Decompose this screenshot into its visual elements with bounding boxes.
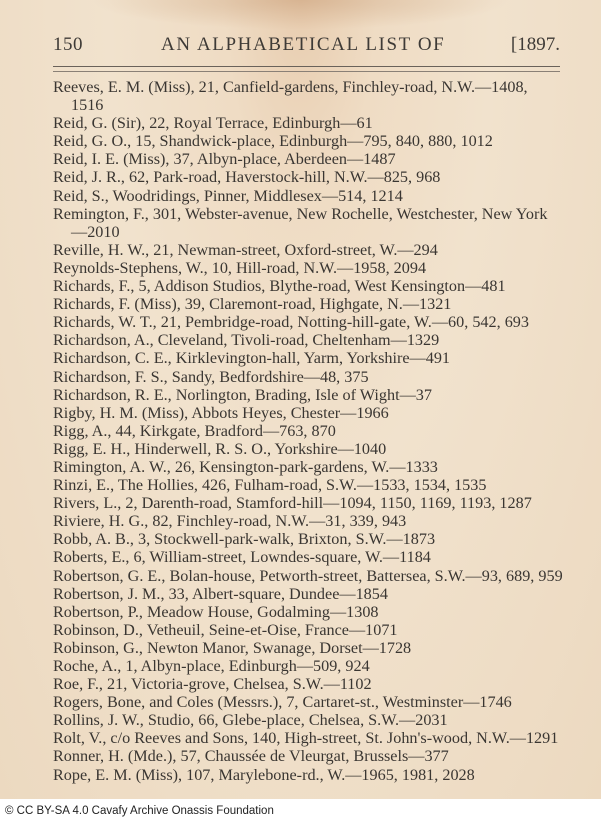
- running-title: AN ALPHABETICAL LIST OF: [161, 34, 445, 56]
- list-item: Rolt, V., c/o Reeves and Sons, 140, High…: [53, 729, 563, 747]
- list-item: Rope, E. M. (Miss), 107, Marylebone-rd.,…: [53, 766, 563, 784]
- list-item: Robertson, P., Meadow House, Godalming—1…: [53, 603, 563, 621]
- list-item: Reville, H. W., 21, Newman-street, Oxfor…: [53, 241, 563, 259]
- list-item: Roberts, E., 6, William-street, Lowndes-…: [53, 548, 563, 566]
- license-credit: © CC BY-SA 4.0 Cavafy Archive Onassis Fo…: [5, 805, 274, 817]
- list-item: Robinson, G., Newton Manor, Swanage, Dor…: [53, 639, 563, 657]
- list-item: Rivers, L., 2, Darenth-road, Stamford-hi…: [53, 494, 563, 512]
- paper-stain: [90, 0, 510, 30]
- list-item: Remington, F., 301, Webster-avenue, New …: [53, 205, 563, 241]
- list-item: Reid, I. E. (Miss), 37, Albyn-place, Abe…: [53, 150, 563, 168]
- list-item: Reid, G. (Sir), 22, Royal Terrace, Edinb…: [53, 114, 563, 132]
- header-rule: [53, 66, 560, 72]
- list-item: Ronner, H. (Mde.), 57, Chaussée de Vleur…: [53, 747, 563, 765]
- year-label: [1897.: [511, 34, 560, 56]
- list-item: Robb, A. B., 3, Stockwell-park-walk, Bri…: [53, 530, 563, 548]
- list-item: Riviere, H. G., 82, Finchley-road, N.W.—…: [53, 512, 563, 530]
- list-item: Richardson, C. E., Kirklevington-hall, Y…: [53, 349, 563, 367]
- list-item: Rogers, Bone, and Coles (Messrs.), 7, Ca…: [53, 693, 563, 711]
- list-item: Richardson, F. S., Sandy, Bedfordshire—4…: [53, 368, 563, 386]
- list-item: Richards, F., 5, Addison Studios, Blythe…: [53, 277, 563, 295]
- scanned-page: 150 AN ALPHABETICAL LIST OF [1897. Reeve…: [0, 0, 601, 799]
- page-number: 150: [53, 34, 83, 56]
- list-item: Rinzi, E., The Hollies, 426, Fulham-road…: [53, 476, 563, 494]
- list-item: Rollins, J. W., Studio, 66, Glebe-place,…: [53, 711, 563, 729]
- list-item: Roche, A., 1, Albyn-place, Edinburgh—509…: [53, 657, 563, 675]
- list-item: Reid, J. R., 62, Park-road, Haverstock-h…: [53, 168, 563, 186]
- list-item: Richards, F. (Miss), 39, Claremont-road,…: [53, 295, 563, 313]
- list-item: Reid, S., Woodridings, Pinner, Middlesex…: [53, 187, 563, 205]
- list-item: Richardson, R. E., Norlington, Brading, …: [53, 386, 563, 404]
- list-item: Reynolds-Stephens, W., 10, Hill-road, N.…: [53, 259, 563, 277]
- list-item: Reid, G. O., 15, Shandwick-place, Edinbu…: [53, 132, 563, 150]
- list-item: Robertson, G. E., Bolan-house, Petworth-…: [53, 567, 563, 585]
- running-header: 150 AN ALPHABETICAL LIST OF [1897.: [53, 34, 560, 60]
- list-item: Rigg, A., 44, Kirkgate, Bradford—763, 87…: [53, 422, 563, 440]
- list-item: Richards, W. T., 21, Pembridge-road, Not…: [53, 313, 563, 331]
- list-item: Roe, F., 21, Victoria-grove, Chelsea, S.…: [53, 675, 563, 693]
- list-item: Rigg, E. H., Hinderwell, R. S. O., Yorks…: [53, 440, 563, 458]
- list-item: Richardson, A., Cleveland, Tivoli-road, …: [53, 331, 563, 349]
- list-item: Robertson, J. M., 33, Albert-square, Dun…: [53, 585, 563, 603]
- entry-list: Reeves, E. M. (Miss), 21, Canfield-garde…: [53, 78, 563, 784]
- list-item: Reeves, E. M. (Miss), 21, Canfield-garde…: [53, 78, 563, 114]
- list-item: Robinson, D., Vetheuil, Seine-et-Oise, F…: [53, 621, 563, 639]
- list-item: Rigby, H. M. (Miss), Abbots Heyes, Chest…: [53, 404, 563, 422]
- list-item: Rimington, A. W., 26, Kensington-park-ga…: [53, 458, 563, 476]
